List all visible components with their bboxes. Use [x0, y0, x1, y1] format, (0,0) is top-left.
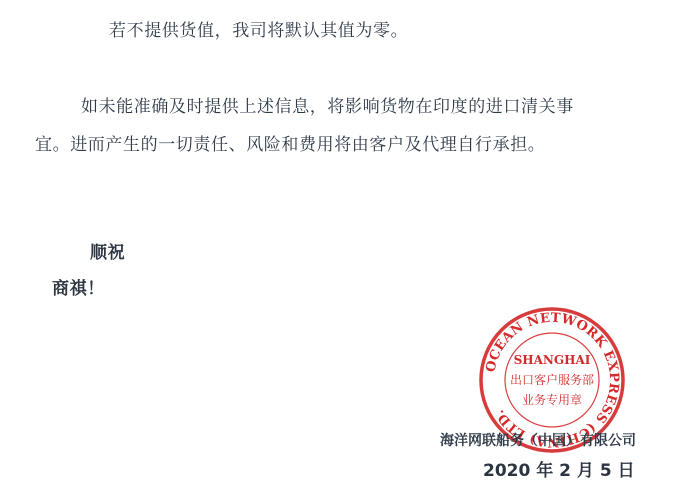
- paragraph-consequence-line1: 如未能准确及时提供上述信息，将影响货物在印度的进口清关事: [81, 92, 574, 117]
- closing-wish: 商祺！: [52, 274, 105, 299]
- paragraph-goods-value: 若不提供货值，我司将默认其值为零。: [109, 16, 408, 41]
- signature-company: 海洋网联船务（中国）有限公司: [440, 430, 636, 450]
- stamp-center-city: SHANGHAI: [514, 353, 591, 367]
- stamp-center-department: 出口客户服务部: [510, 372, 594, 387]
- stamp-center-purpose: 业务专用章: [522, 392, 582, 407]
- closing-greeting: 顺祝: [90, 238, 125, 263]
- signature-date: 2020 年 2 月 5 日: [483, 456, 635, 481]
- paragraph-consequence-line2: 宜。进而产生的一切责任、风险和费用将由客户及代理自行承担。: [35, 130, 545, 155]
